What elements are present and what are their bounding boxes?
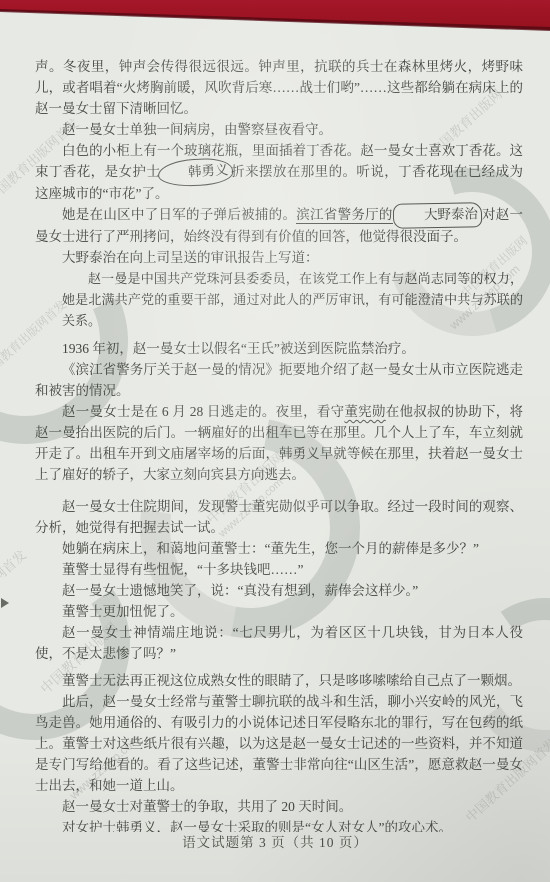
paragraph: 董警士更加忸怩了。 [35,601,523,622]
text-run: 董警士更加忸怩了。 [62,604,184,619]
text-run: 赵一曼女士单独一间病房，由警察昼夜看守。 [62,122,332,137]
paragraph: 赵一曼女士单独一间病房，由警察昼夜看守。 [35,119,523,140]
paragraph: 她是在山区中了日军的子弹后被捕的。滨江省警务厅的大野泰治对赵一曼女士进行了严刑拷… [35,204,523,247]
paragraph: 赵一曼女士对董警士的争取，共用了 20 天时间。 [35,796,523,817]
paragraph: 大野泰治在向上司呈送的审讯报告上写道： [35,247,523,268]
report-quote-paragraph: 赵一曼是中国共产党珠河县委委员，在该党工作上有与赵尚志同等的权力，她是北满共产党… [62,268,523,331]
paragraph: 董警士无法再正视这位成熟女性的眼睛了，只是哆哆嗦嗦给自己点了一颗烟。 [35,670,523,691]
paragraph: 1936 年初，赵一曼女士以假名“王氏”被送到医院监禁治疗。 [35,338,523,359]
text-run: 董警士无法再正视这位成熟女性的眼睛了，只是哆哆嗦嗦给自己点了一颗烟。 [62,673,521,688]
text-run: 赵一曼女士对董警士的争取，共用了 20 天时间。 [62,799,352,814]
paragraph: 她躺在病床上，和蔼地问董警士：“董先生，您一个月的薪俸是多少？” [35,538,523,559]
photographed-exam-paper: 中国教育出版网首发 中国教育出版网首发 版网首发 中国教育出版网 中国教育出版网… [0,0,550,882]
document-body: 声。冬夜里，钟声会传得很远很远。钟声里，抗联的兵士在森林里烤火，烤野味儿，或者唱… [35,56,523,832]
paragraph: 赵一曼女士是在 6 月 28 日逃走的。夜里，看守董宪勋在他叔叔的协助下，将赵一… [35,401,523,485]
pen-circle-annotation: 韩勇义 [158,157,234,188]
pen-wavy-annotation: 董宪勋 [344,404,385,419]
paragraph: 《滨江省警务厅关于赵一曼的情况》扼要地介绍了赵一曼女士从市立医院逃走和被害的情况… [35,359,523,401]
text-run: 1936 年初，赵一曼女士以假名“王氏”被送到医院监禁治疗。 [62,341,415,356]
paragraph: 此后，赵一曼女士经常与董警士聊抗联的战斗和生活，聊小兴安岭的风光，飞鸟走兽。她用… [35,691,523,796]
watermark-text: 版网首发 [0,545,30,594]
text-run: 赵一曼女士是在 6 月 28 日逃走的。夜里，看守 [62,404,344,419]
text-run: 她躺在病床上，和蔼地问董警士：“董先生，您一个月的薪俸是多少？” [62,541,479,556]
pen-underline-annotation: 滨江省警务厅的 [296,207,392,224]
text-run: 赵一曼女士神情端庄地说：“七尺男儿，为着区区十几块钱，甘为日本人役使，不是太悲惨… [35,625,523,661]
text-run: 《滨江省警务厅关于赵一曼的情况》扼要地介绍了赵一曼女士从市立医院逃走和被害的情况… [35,362,523,398]
text-run: 声。冬夜里，钟声会传得很远很远。钟声里，抗联的兵士在森林里烤火，烤野味儿，或者唱… [35,59,523,116]
paragraph: 董警士显得有些忸怩，“十多块钱吧……” [35,559,523,580]
paragraph: 赵一曼女士神情端庄地说：“七尺男儿，为着区区十几块钱，甘为日本人役使，不是太悲惨… [35,622,523,664]
text-run: 董警士显得有些忸怩，“十多块钱吧……” [62,562,303,577]
paragraph: 白色的小柜上有一个玻璃花瓶，里面插着丁香花。赵一曼女士喜欢丁香花。这束丁香花，是… [35,140,523,204]
pen-box-annotation: 大野泰治 [392,202,481,229]
text-run: 此后，赵一曼女士经常与董警士聊抗联的战斗和生活，聊小兴安岭的风光，飞鸟走兽。她用… [35,694,523,793]
page-footer: 语文试题第 3 页（共 10 页） [0,831,550,851]
text-run: 赵一曼女士遗憾地笑了，说：“真没有想到，薪俸会这样少。” [62,583,418,598]
paragraph: 赵一曼女士遗憾地笑了，说：“真没有想到，薪俸会这样少。” [35,580,523,601]
text-run: 大野泰治在向上司呈送的审讯报告上写道： [62,250,319,265]
photo-artifact-arrow [1,598,9,608]
paragraph: 赵一曼女士住院期间，发现警士董宪勋似乎可以争取。经过一段时间的观察、分析，她觉得… [35,496,523,538]
text-run: 她是在山区中了日军的子弹后被捕的。 [62,207,296,222]
paragraph: 对女护士韩勇义，赵一曼女士采取的则是“女人对女人”的攻心术。 [35,817,523,832]
paragraph: 声。冬夜里，钟声会传得很远很远。钟声里，抗联的兵士在森林里烤火，烤野味儿，或者唱… [35,56,523,119]
text-run: 赵一曼女士住院期间，发现警士董宪勋似乎可以争取。经过一段时间的观察、分析，她觉得… [35,499,523,535]
text-run: 赵一曼是中国共产党珠河县委委员，在该党工作上有与赵尚志同等的权力，她是北满共产党… [62,271,523,328]
